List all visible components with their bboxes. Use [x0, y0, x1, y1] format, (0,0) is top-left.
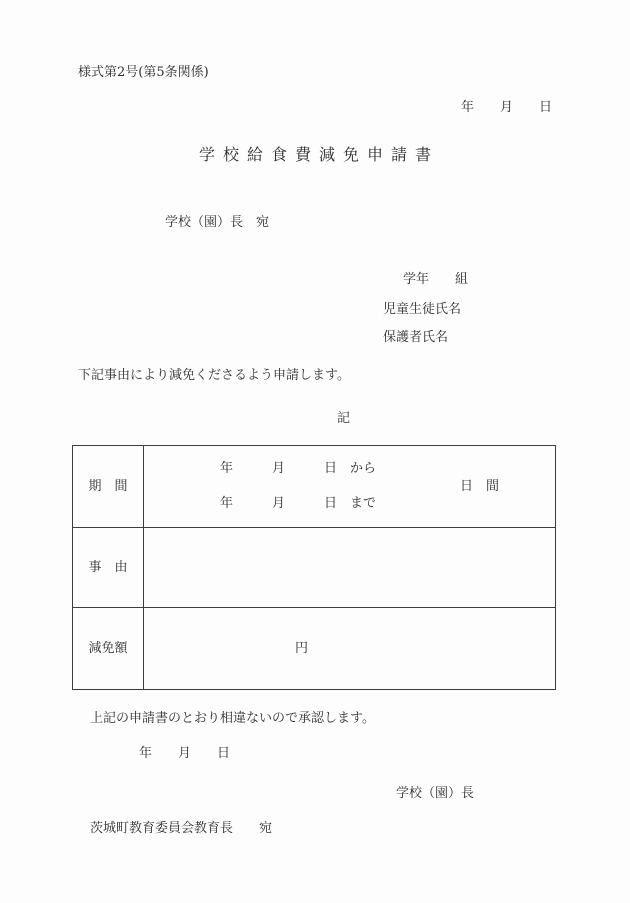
student-name-label: 児童生徒氏名 — [383, 303, 461, 316]
date-line-bottom: 年 月 日 — [139, 747, 230, 760]
reason-header: 事 由 — [73, 528, 144, 607]
days-label: 日 間 — [460, 480, 499, 493]
principal-title: 学校（園）長 — [396, 787, 474, 800]
date-line-top: 年 月 日 — [461, 101, 552, 114]
final-addressee-line: 茨城町教育委員会教育長 宛 — [90, 822, 272, 835]
amount-cell: 円 — [144, 608, 555, 689]
period-header: 期 間 — [73, 446, 144, 527]
request-sentence: 下記事由により減免くださるよう申請します。 — [78, 369, 350, 382]
application-form-page: 様式第2号(第5条関係) 年 月 日 学校給食費減免申請書 学校（園）長 宛 学… — [0, 0, 630, 903]
period-cell: 年 月 日 から 年 月 日 まで 日 間 — [144, 446, 555, 527]
form-number: 様式第2号(第5条関係) — [78, 66, 209, 79]
table-row-reason: 事 由 — [73, 528, 555, 608]
table-row-period: 期 間 年 月 日 から 年 月 日 まで 日 間 — [73, 446, 555, 528]
period-to-line: 年 月 日 まで — [220, 497, 376, 510]
period-from-line: 年 月 日 から — [220, 462, 376, 475]
reason-cell — [144, 528, 555, 607]
guardian-name-label: 保護者氏名 — [383, 331, 448, 344]
addressee-line-top: 学校（園）長 宛 — [165, 216, 269, 229]
approval-sentence: 上記の申請書のとおり相違ないので承認します。 — [90, 712, 375, 725]
grade-class-line: 学年 組 — [403, 273, 468, 286]
note-marker: 記 — [337, 412, 350, 425]
amount-unit-label: 円 — [295, 642, 308, 655]
table-row-amount: 減免額 円 — [73, 608, 555, 689]
application-table: 期 間 年 月 日 から 年 月 日 まで 日 間 事 由 減免額 円 — [72, 445, 556, 690]
amount-header: 減免額 — [73, 608, 144, 689]
form-title: 学校給食費減免申請書 — [0, 147, 630, 163]
